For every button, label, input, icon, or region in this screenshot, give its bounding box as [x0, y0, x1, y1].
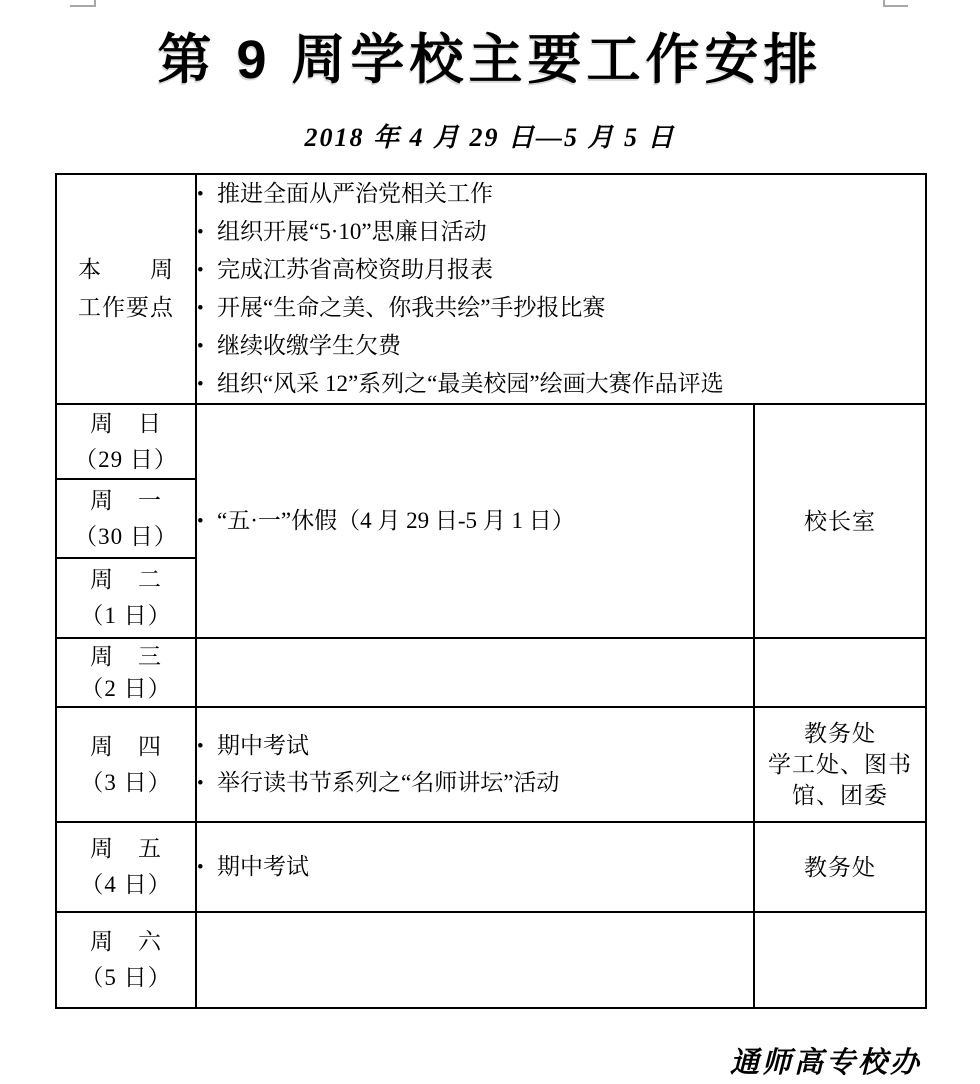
page-title: 第 9 周学校主要工作安排: [0, 20, 980, 100]
day-date: （2 日）: [57, 673, 195, 705]
bullet-icon: •: [197, 850, 217, 886]
holiday-content-cell: •“五·一”休假（4 月 29 日-5 月 1 日）: [196, 404, 754, 638]
bullet-icon: •: [197, 176, 217, 213]
holiday-item-text: “五·一”休假（4 月 29 日-5 月 1 日）: [217, 508, 575, 533]
department-cell-wednesday: [754, 638, 926, 707]
table-row-sunday: 周 日 （29 日） •“五·一”休假（4 月 29 日-5 月 1 日） 校长…: [56, 404, 926, 479]
summary-item-text: 推进全面从严治党相关工作: [217, 181, 493, 206]
day-cell-tuesday: 周 二 （1 日）: [56, 558, 196, 638]
bullet-icon: •: [197, 290, 217, 327]
day-date: （5 日）: [57, 960, 195, 996]
department-cell-thursday: 教务处 学工处、图书 馆、团委: [754, 707, 926, 822]
day-name: 周 五: [57, 831, 195, 867]
day-date: （1 日）: [57, 598, 195, 634]
week-summary-label-line1: 本 周: [57, 251, 195, 289]
office-signature: 通师高专校办: [730, 1040, 922, 1081]
table-row-wednesday: 周 三 （2 日）: [56, 638, 926, 707]
table-row-saturday: 周 六 （5 日）: [56, 912, 926, 1008]
day-name: 周 一: [57, 483, 195, 519]
bullet-icon: •: [197, 366, 217, 403]
summary-item-text: 继续收缴学生欠费: [217, 333, 401, 358]
table-row-week-summary: 本 周 工作要点 •推进全面从严治党相关工作 •组织开展“5·10”思廉日活动 …: [56, 174, 926, 404]
bullet-icon: •: [197, 328, 217, 365]
day-name: 周 三: [57, 641, 195, 673]
work-item: •举行读书节系列之“名师讲坛”活动: [197, 765, 753, 802]
department-cell-saturday: [754, 912, 926, 1008]
bullet-icon: •: [197, 252, 217, 289]
bullet-icon: •: [197, 504, 217, 540]
department-name: 馆、团委: [755, 780, 925, 811]
week-summary-label-line2: 工作要点: [57, 289, 195, 327]
content-cell-saturday: [196, 912, 754, 1008]
day-date: （3 日）: [57, 765, 195, 801]
holiday-item: •“五·一”休假（4 月 29 日-5 月 1 日）: [197, 503, 753, 540]
summary-item: •推进全面从严治党相关工作: [197, 175, 925, 213]
day-date: （4 日）: [57, 867, 195, 903]
work-item-text: 期中考试: [217, 854, 309, 879]
day-cell-friday: 周 五 （4 日）: [56, 822, 196, 912]
schedule-table: 本 周 工作要点 •推进全面从严治党相关工作 •组织开展“5·10”思廉日活动 …: [55, 173, 927, 1009]
table-row-thursday: 周 四 （3 日） •期中考试 •举行读书节系列之“名师讲坛”活动 教务处 学工…: [56, 707, 926, 822]
summary-item: •完成江苏省高校资助月报表: [197, 251, 925, 289]
holiday-department-cell: 校长室: [754, 404, 926, 638]
day-cell-saturday: 周 六 （5 日）: [56, 912, 196, 1008]
work-item: •期中考试: [197, 849, 753, 886]
summary-item-text: 完成江苏省高校资助月报表: [217, 257, 493, 282]
day-date: （30 日）: [57, 519, 195, 555]
department-cell-friday: 教务处: [754, 822, 926, 912]
content-cell-thursday: •期中考试 •举行读书节系列之“名师讲坛”活动: [196, 707, 754, 822]
department-name: 教务处: [755, 718, 925, 749]
work-item: •期中考试: [197, 728, 753, 765]
summary-item: •组织“风采 12”系列之“最美校园”绘画大赛作品评选: [197, 365, 925, 403]
date-range: 2018 年 4 月 29 日—5 月 5 日: [0, 118, 980, 158]
content-cell-friday: •期中考试: [196, 822, 754, 912]
day-cell-thursday: 周 四 （3 日）: [56, 707, 196, 822]
bullet-icon: •: [197, 729, 217, 765]
department-name: 校长室: [755, 506, 925, 537]
week-summary-label-cell: 本 周 工作要点: [56, 174, 196, 404]
bullet-icon: •: [197, 766, 217, 802]
day-cell-monday: 周 一 （30 日）: [56, 479, 196, 558]
week-summary-content-cell: •推进全面从严治党相关工作 •组织开展“5·10”思廉日活动 •完成江苏省高校资…: [196, 174, 926, 404]
day-cell-sunday: 周 日 （29 日）: [56, 404, 196, 479]
day-name: 周 日: [57, 406, 195, 442]
scan-corner-mark-right: [883, 0, 908, 7]
scan-corner-mark-left: [70, 0, 96, 7]
table-row-friday: 周 五 （4 日） •期中考试 教务处: [56, 822, 926, 912]
summary-item: •继续收缴学生欠费: [197, 327, 925, 365]
day-name: 周 六: [57, 924, 195, 960]
summary-item-text: 开展“生命之美、你我共绘”手抄报比赛: [217, 295, 605, 320]
day-name: 周 二: [57, 562, 195, 598]
work-item-text: 期中考试: [217, 733, 309, 758]
day-date: （29 日）: [57, 442, 195, 478]
work-item-text: 举行读书节系列之“名师讲坛”活动: [217, 770, 559, 795]
department-name: 教务处: [755, 852, 925, 883]
bullet-icon: •: [197, 214, 217, 251]
day-cell-wednesday: 周 三 （2 日）: [56, 638, 196, 707]
summary-item: •开展“生命之美、你我共绘”手抄报比赛: [197, 289, 925, 327]
summary-item-text: 组织“风采 12”系列之“最美校园”绘画大赛作品评选: [217, 371, 724, 396]
summary-item: •组织开展“5·10”思廉日活动: [197, 213, 925, 251]
summary-item-text: 组织开展“5·10”思廉日活动: [217, 219, 487, 244]
day-name: 周 四: [57, 729, 195, 765]
content-cell-wednesday: [196, 638, 754, 707]
department-name: 学工处、图书: [755, 749, 925, 780]
